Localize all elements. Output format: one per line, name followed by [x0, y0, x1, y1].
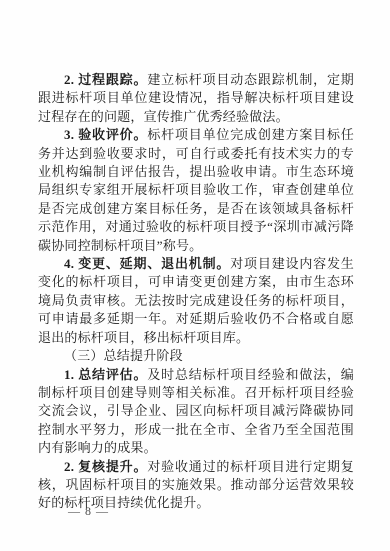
paragraph-lead: 3. 验收评价。	[64, 127, 147, 142]
paragraph-lead: 2. 复核提升。	[64, 459, 147, 474]
page-number: — 8 —	[68, 503, 109, 519]
paragraph-body: 标杆项目单位完成创建方案目标任务并达到验收要求时，可自行或委托有技术实力的专业机…	[38, 127, 354, 252]
document-page: 2. 过程跟踪。建立标杆项目动态跟踪机制，定期跟进标杆项目单位建设情况，指导解决…	[0, 0, 390, 551]
paragraph-lead: 2. 过程跟踪。	[64, 72, 147, 87]
section-heading-summary-improvement-stage: （三）总结提升阶段	[38, 347, 354, 365]
document-text-body: 2. 过程跟踪。建立标杆项目动态跟踪机制，定期跟进标杆项目单位建设情况，指导解决…	[38, 71, 354, 513]
body-paragraph-process-tracking: 2. 过程跟踪。建立标杆项目动态跟踪机制，定期跟进标杆项目单位建设情况，指导解决…	[38, 71, 354, 126]
body-paragraph-change-exit-mechanism: 4. 变更、延期、退出机制。对项目建设内容发生变化的标杆项目，可申请变更创建方案…	[38, 255, 354, 347]
body-paragraph-summary-assessment: 1. 总结评估。及时总结标杆项目经验和做法，编制标杆项目创建导则等相关标准。召开…	[38, 366, 354, 458]
paragraph-lead: 4. 变更、延期、退出机制。	[64, 256, 230, 271]
paragraph-lead: 1. 总结评估。	[64, 367, 147, 382]
body-paragraph-acceptance-evaluation: 3. 验收评价。标杆项目单位完成创建方案目标任务并达到验收要求时，可自行或委托有…	[38, 126, 354, 255]
